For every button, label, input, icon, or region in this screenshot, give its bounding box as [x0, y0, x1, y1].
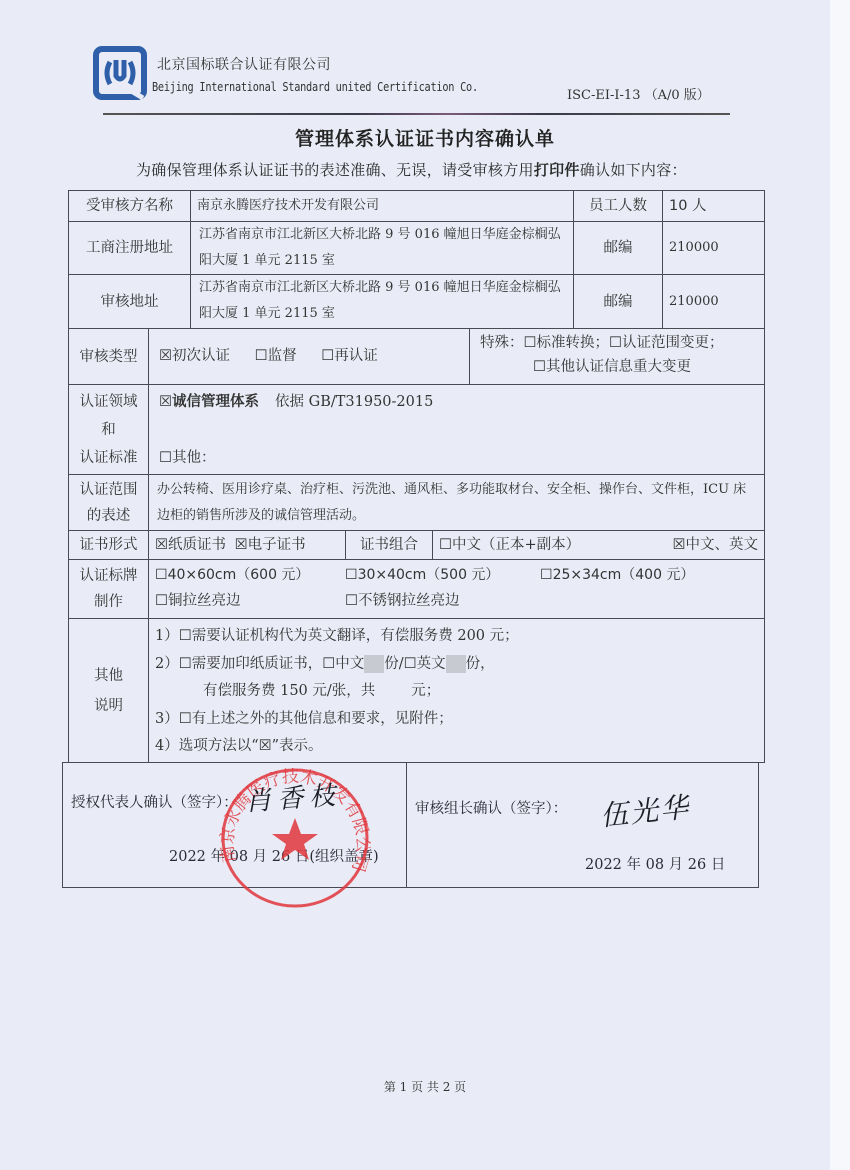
rep-handwritten-signature: 肖香枝 — [244, 775, 342, 819]
special-scope-change[interactable]: ☐认证范围变更； — [609, 335, 724, 351]
audit-type-options: ☒初次认证 ☐监督 ☐再认证 — [148, 328, 470, 385]
checkbox-icon: ☐ — [155, 567, 168, 583]
checkbox-icon: ☐ — [321, 348, 334, 364]
checkbox-icon: ☐ — [345, 567, 358, 583]
checked-box-icon: ☒ — [673, 537, 686, 553]
auditee-label: 受审核方名称 — [68, 190, 191, 222]
audit-zip-label: 邮编 — [573, 274, 663, 329]
cert-form-options: ☒纸质证书 ☒电子证书 — [148, 530, 346, 560]
checkbox-icon: ☐ — [404, 656, 417, 672]
page-title: 管理体系认证证书内容确认单 — [0, 124, 850, 151]
checked-box-icon: ☒ — [159, 348, 172, 364]
intro-text: 为确保管理体系认证证书的表述准确、无误，请受审核方用打印件确认如下内容： — [136, 159, 687, 180]
document-code: ISC-EI-I-13 （A/0 版） — [567, 84, 710, 103]
other-notes-label: 其他说明 — [68, 618, 149, 763]
reg-address-label: 工商注册地址 — [68, 221, 191, 275]
cert-form-label: 证书形式 — [68, 530, 149, 560]
electronic-cert-option[interactable]: ☒电子证书 — [235, 537, 306, 553]
paper-cert-option[interactable]: ☒纸质证书 — [155, 537, 226, 553]
note-attachment[interactable]: 3）☐有上述之外的其他信息和要求，见附件； — [155, 706, 758, 734]
scope-value: 办公转椅、医用诊疗桌、治疗柜、污洗池、通风柜、多功能取材台、安全柜、操作台、文件… — [148, 474, 765, 531]
page-edge — [830, 0, 850, 1170]
checkbox-icon: ☐ — [609, 335, 622, 351]
reg-zip-label: 邮编 — [573, 221, 663, 275]
field-standard-value: ☒诚信管理体系依据 GB/T31950-2015 ☐其他： — [148, 384, 765, 475]
header-divider — [103, 113, 730, 115]
plaque-label: 认证标牌制作 — [68, 559, 149, 619]
reg-zip-value: 210000 — [662, 221, 765, 275]
audit-zip-value: 210000 — [662, 274, 765, 329]
other-field-option[interactable]: ☐其他： — [159, 445, 754, 471]
audit-type-label: 审核类型 — [68, 328, 149, 385]
checkbox-icon: ☐ — [345, 593, 358, 609]
checkbox-icon: ☐ — [439, 537, 452, 553]
cn-copies-field[interactable] — [364, 655, 384, 673]
other-notes: 1）☐需要认证机构代为英文翻译，有偿服务费 200 元； 2）☐需要加印纸质证书… — [148, 618, 765, 763]
checkbox-icon: ☐ — [322, 656, 335, 672]
checkbox-icon: ☐ — [159, 450, 172, 466]
audit-address-value: 江苏省南京市江北新区大桥北路 9 号 016 幢旭日华庭金棕榈弘阳大厦 1 单元… — [190, 274, 574, 329]
plaque-options: ☐40×60cm（600 元）☐30×40cm（500 元）☐25×34cm（4… — [148, 559, 765, 619]
page-number: 第 1 页 共 2 页 — [0, 1078, 850, 1095]
checkbox-icon: ☐ — [533, 359, 546, 375]
leader-date: 2022 年 08 月 26 日 — [585, 853, 725, 874]
checkbox-icon: ☐ — [179, 656, 192, 672]
checked-box-icon: ☒ — [159, 394, 172, 410]
audit-address-label: 审核地址 — [68, 274, 191, 329]
special-standard-transition[interactable]: ☐标准转换； — [524, 335, 610, 351]
audit-type-surveillance[interactable]: ☐监督 — [255, 348, 297, 364]
checkbox-icon: ☐ — [524, 335, 537, 351]
combo-cn-option[interactable]: ☐中文（正本+副本） — [439, 532, 580, 558]
note-legend: 4）选项方法以“☒”表示。 — [155, 733, 758, 761]
cert-combo-options: ☐中文（正本+副本） ☒中文、英文 — [432, 530, 765, 560]
company-name-cn: 北京国标联合认证有限公司 — [157, 54, 331, 74]
note-translation[interactable]: 1）☐需要认证机构代为英文翻译，有偿服务费 200 元； — [155, 623, 758, 651]
leader-signature-cell: 审核组长确认（签字）： 2022 年 08 月 26 日 — [406, 762, 759, 888]
audit-type-recert[interactable]: ☐再认证 — [321, 348, 378, 364]
special-audit-options: 特殊：☐标准转换；☐认证范围变更； ☐其他认证信息重大变更 — [469, 328, 765, 385]
cert-combo-label: 证书组合 — [345, 530, 433, 560]
rep-signature-label: 授权代表人确认（签字）： — [71, 791, 238, 812]
auditee-name: 南京永腾医疗技术开发有限公司 — [190, 190, 574, 222]
plaque-size-25x34[interactable]: ☐25×34cm（400 元） — [540, 567, 694, 583]
plaque-steel[interactable]: ☐不锈钢拉丝亮边 — [345, 593, 460, 609]
employees-label: 员工人数 — [573, 190, 663, 222]
plaque-copper[interactable]: ☐铜拉丝亮边 — [155, 588, 345, 614]
employees-count: 10 人 — [662, 190, 765, 222]
note-extra-paper[interactable]: 2）☐需要加印纸质证书，☐中文份/☐英文份， — [155, 651, 758, 679]
checkbox-icon: ☐ — [255, 348, 268, 364]
checkbox-icon: ☐ — [155, 593, 168, 609]
audit-type-initial[interactable]: ☒初次认证 — [159, 348, 230, 364]
scope-label: 认证范围的表述 — [68, 474, 149, 531]
integrity-system-option[interactable]: ☒诚信管理体系依据 GB/T31950-2015 — [159, 389, 754, 415]
company-name-en: Beijing International Standard united Ce… — [152, 79, 478, 94]
reg-address-value: 江苏省南京市江北新区大桥北路 9 号 016 幢旭日华庭金棕榈弘阳大厦 1 单元… — [190, 221, 574, 275]
checked-box-icon: ☒ — [155, 537, 168, 553]
leader-signature-label: 审核组长确认（签字）： — [415, 797, 567, 818]
bisc-logo-icon — [93, 46, 147, 100]
combo-cn-en-option[interactable]: ☒中文、英文 — [673, 532, 759, 558]
checkbox-icon: ☐ — [179, 628, 192, 644]
plaque-size-40x60[interactable]: ☐40×60cm（600 元） — [155, 562, 345, 588]
checked-box-icon: ☒ — [235, 537, 248, 553]
field-standard-label: 认证领域和认证标准 — [68, 384, 149, 475]
special-other-change[interactable]: ☐其他认证信息重大变更 — [533, 359, 691, 375]
plaque-size-30x40[interactable]: ☐30×40cm（500 元） — [345, 562, 540, 588]
checkbox-icon: ☐ — [179, 711, 192, 727]
en-copies-field[interactable] — [446, 655, 466, 673]
checkbox-icon: ☐ — [540, 567, 553, 583]
